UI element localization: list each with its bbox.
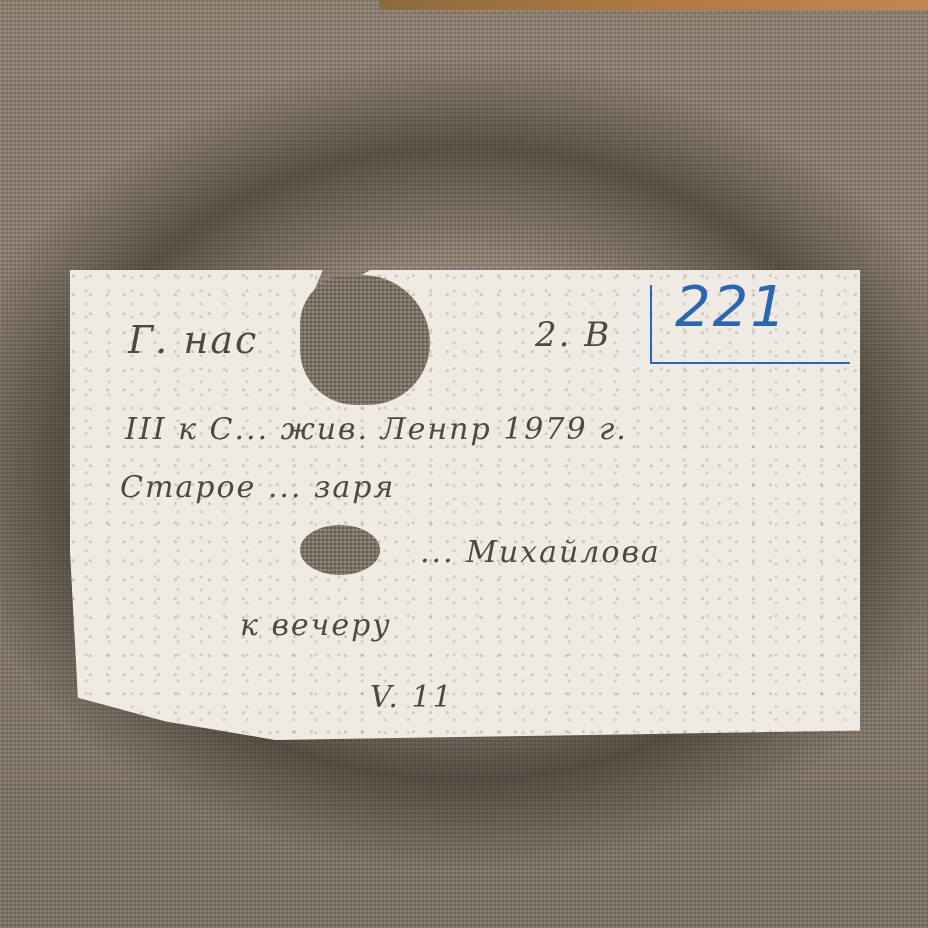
label-line-1: Г. нас <box>128 318 258 362</box>
inventory-underline <box>650 362 850 364</box>
label-top-mark: 2. В <box>535 315 611 355</box>
label-line-2: III к С... жив. Ленпр 1979 г. <box>125 412 628 447</box>
stretcher-frame-edge <box>380 0 928 10</box>
torn-hole <box>300 275 430 405</box>
label-line-3: Старое ... заря <box>120 470 395 505</box>
torn-hole <box>300 525 380 575</box>
label-line-4: ... Михайлова <box>420 535 661 570</box>
inventory-bracket <box>650 285 652 363</box>
label-line-6: V. 11 <box>370 680 454 715</box>
label-line-5: к вечеру <box>240 608 392 643</box>
inventory-number: 221 <box>675 275 788 340</box>
